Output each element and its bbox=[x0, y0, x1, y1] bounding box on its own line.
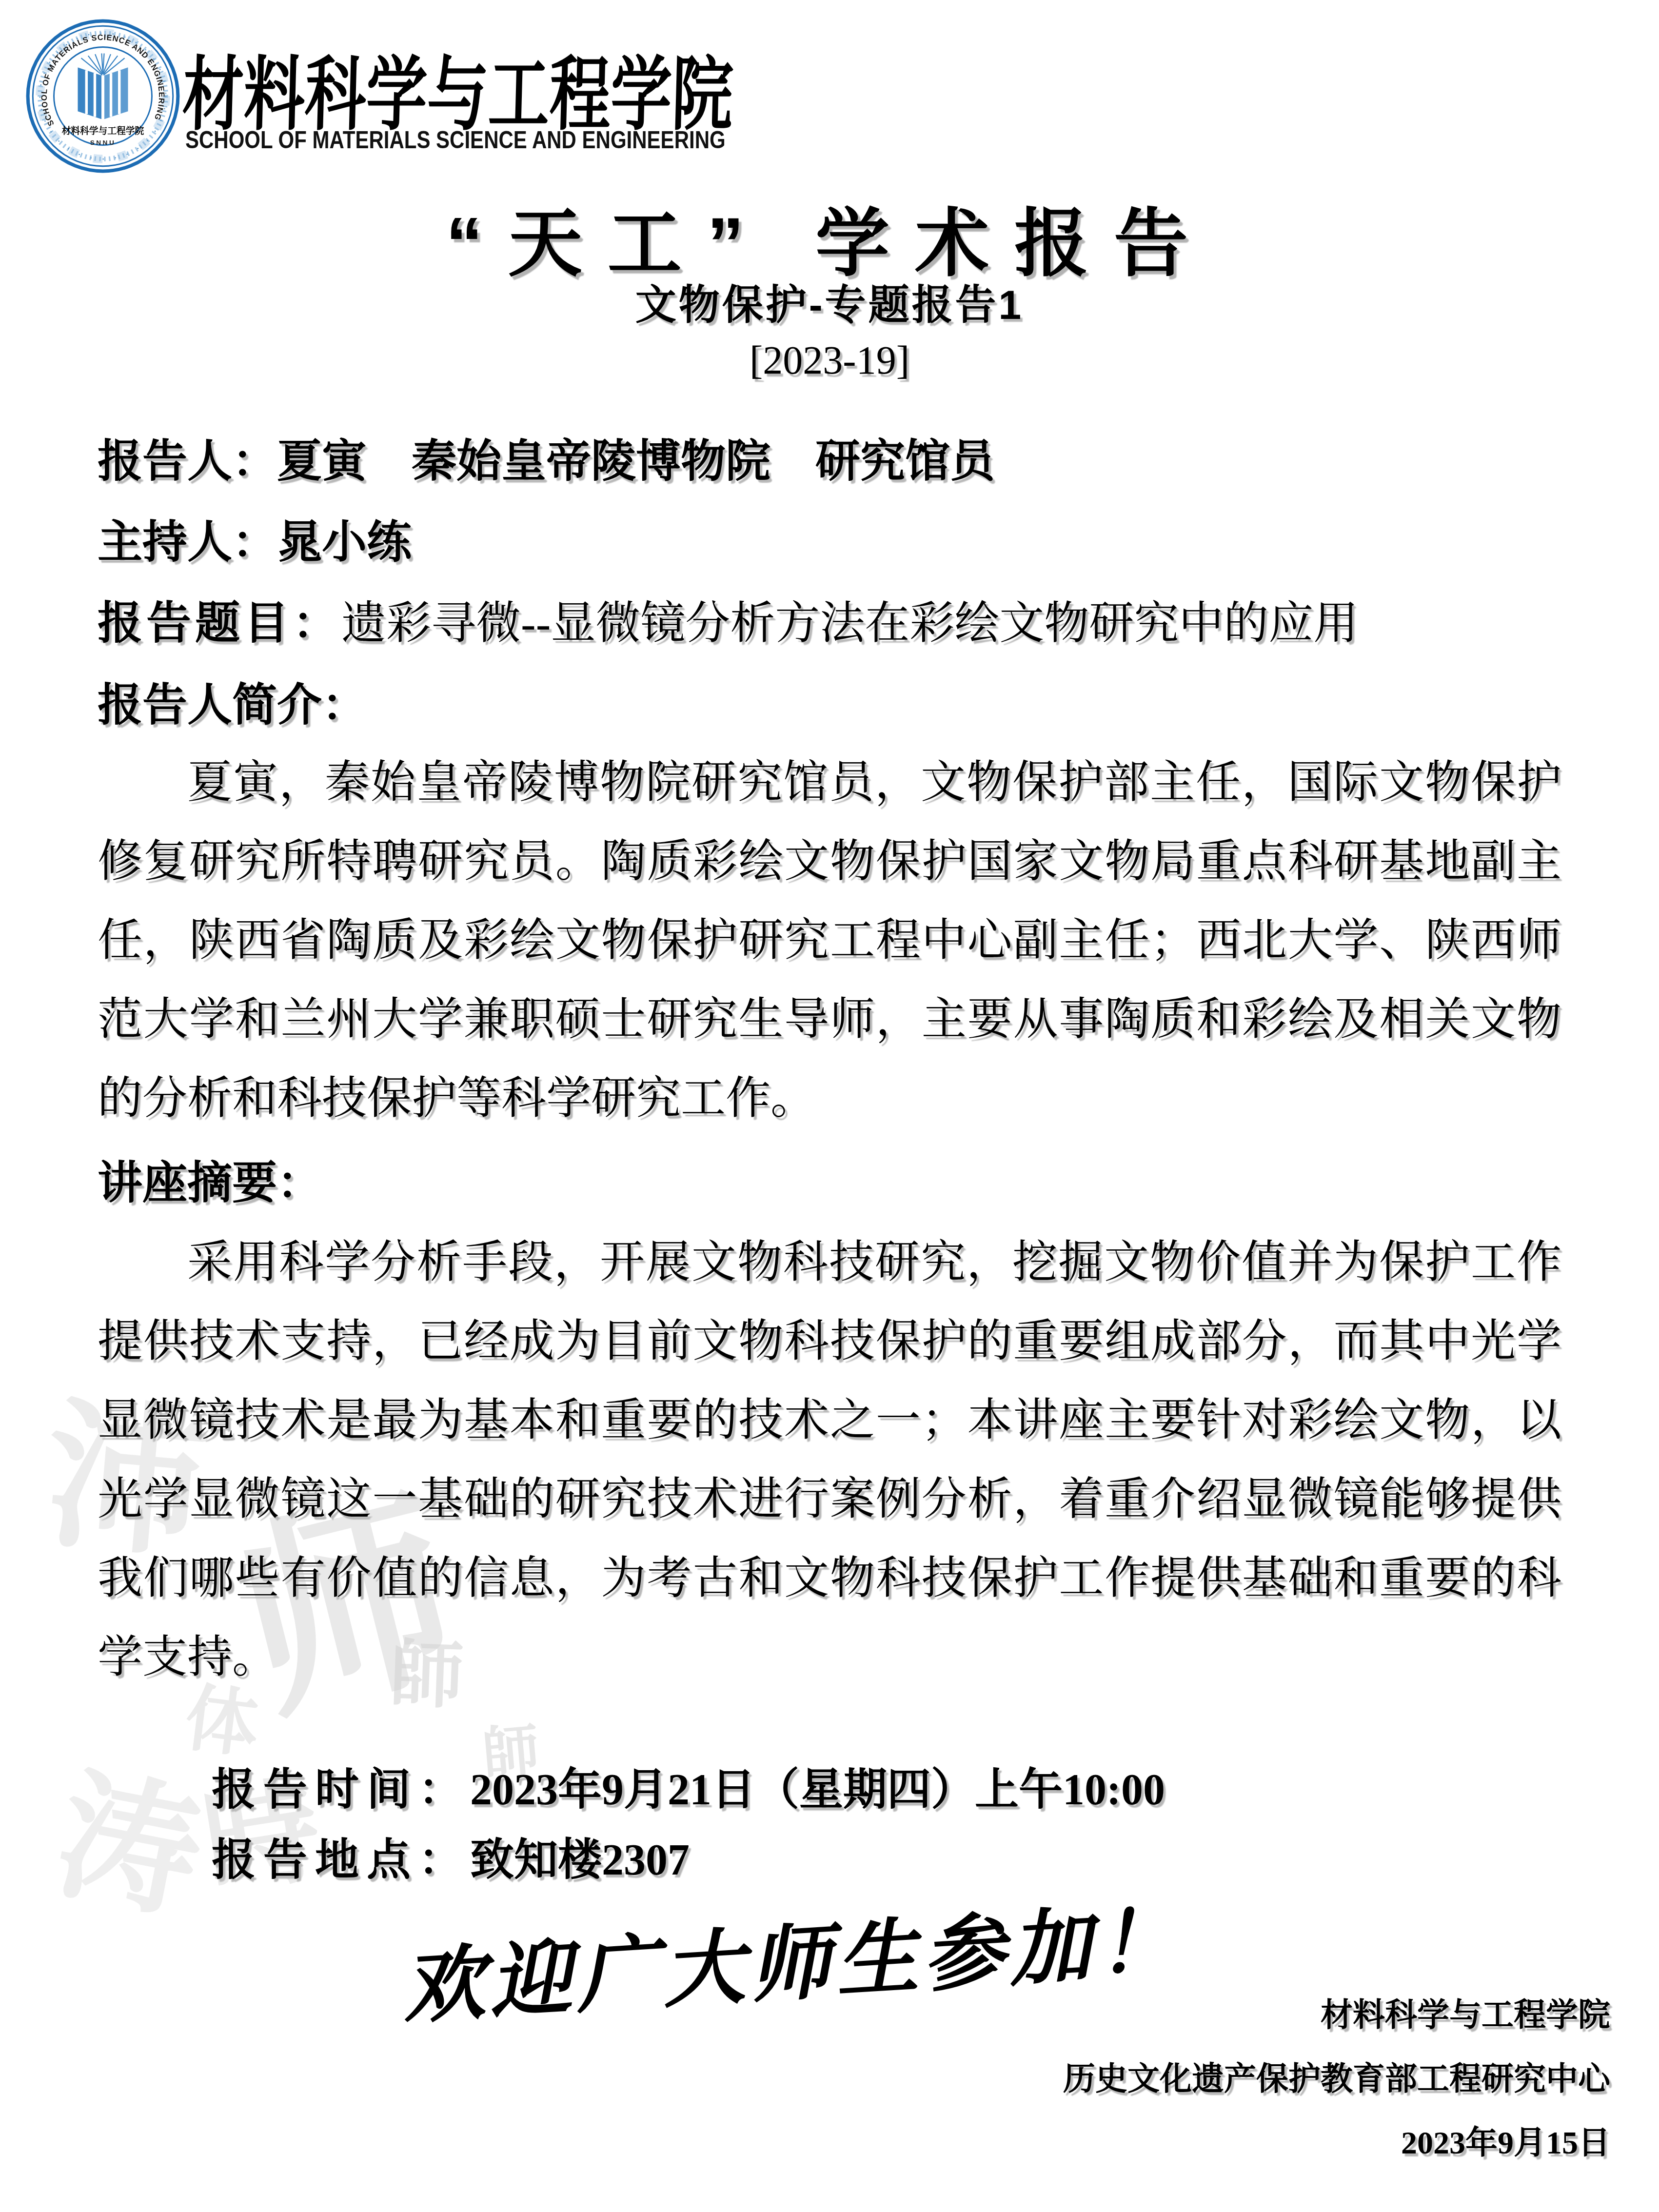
issue-number: [2023-19] bbox=[0, 337, 1659, 383]
venue-value: 致知楼2307 bbox=[470, 1836, 690, 1884]
venue-label: 报告地点： bbox=[212, 1836, 470, 1884]
abstract-line: 学支持。 bbox=[98, 1620, 1561, 1699]
seal-cn-name: 材料科学与工程学院 bbox=[62, 125, 144, 137]
abstract-line: 光学显微镜这一基础的研究技术进行案例分析，着重介绍显微镜能够提供 bbox=[98, 1462, 1561, 1541]
bio-heading: 报告人简介： bbox=[98, 669, 367, 733]
abstract-line: 采用科学分析手段，开展文物科技研究，挖掘文物价值并为保护工作 bbox=[98, 1225, 1561, 1304]
venue-line: 报告地点：致知楼2307 bbox=[212, 1824, 690, 1887]
abstract-line: 我们哪些有价值的信息，为考古和文物科技保护工作提供基础和重要的科 bbox=[98, 1541, 1561, 1620]
abstract-heading: 讲座摘要： bbox=[98, 1147, 322, 1211]
host-value: 晁小练 bbox=[277, 517, 412, 567]
abstract-line: 显微镜技术是最为基本和重要的技术之一；本讲座主要针对彩绘文物，以 bbox=[98, 1383, 1561, 1462]
speaker-label: 报告人： bbox=[98, 436, 277, 486]
school-seal-icon: SCHOOL OF MATERIALS SCIENCE AND ENGINEER… bbox=[25, 19, 180, 174]
speaker-line: 报告人：夏寅 秦始皇帝陵博物院 研究馆员 bbox=[98, 425, 995, 490]
topic-value: 遗彩寻微--显微镜分析方法在彩绘文物研究中的应用 bbox=[341, 598, 1358, 648]
abstract-line: 提供技术支持，已经成为目前文物科技保护的重要组成部分，而其中光学 bbox=[98, 1304, 1561, 1383]
bio-line: 夏寅，秦始皇帝陵博物院研究馆员，文物保护部主任，国际文物保护 bbox=[98, 745, 1561, 824]
time-label: 报告时间： bbox=[212, 1766, 470, 1814]
school-name-en: SCHOOL OF MATERIALS SCIENCE AND ENGINEER… bbox=[185, 126, 726, 154]
footer-block: 材料科学与工程学院 历史文化遗产保护教育部工程研究中心 2023年9月15日 bbox=[1063, 1994, 1610, 2185]
host-line: 主持人：晁小练 bbox=[98, 506, 412, 571]
bio-line: 的分析和科技保护等科学研究工作。 bbox=[98, 1061, 1561, 1140]
bio-line: 修复研究所特聘研究员。陶质彩绘文物保护国家文物局重点科研基地副主 bbox=[98, 824, 1561, 903]
footer-center: 历史文化遗产保护教育部工程研究中心 bbox=[1063, 2057, 1610, 2121]
bio-line: 任，陕西省陶质及彩绘文物保护研究工程中心副主任；西北大学、陕西师 bbox=[98, 903, 1561, 982]
topic-line: 报告题目：遗彩寻微--显微镜分析方法在彩绘文物研究中的应用 bbox=[98, 587, 1358, 652]
lecture-announcement-page: 沛 师 師 体 師 時 涛 SCHOOL OF MATERIALS SCIENC… bbox=[0, 0, 1659, 2212]
footer-org: 材料科学与工程学院 bbox=[1063, 1994, 1610, 2057]
seal-abbr: SNNU bbox=[90, 139, 116, 146]
bio-line: 范大学和兰州大学兼职硕士研究生导师，主要从事陶质和彩绘及相关文物 bbox=[98, 982, 1561, 1061]
host-label: 主持人： bbox=[98, 517, 277, 567]
bio-paragraph: 夏寅，秦始皇帝陵博物院研究馆员，文物保护部主任，国际文物保护 修复研究所特聘研究… bbox=[98, 745, 1561, 1140]
abstract-paragraph: 采用科学分析手段，开展文物科技研究，挖掘文物价值并为保护工作 提供技术支持，已经… bbox=[98, 1225, 1561, 1699]
topic-label: 报告题目： bbox=[98, 598, 341, 648]
time-value: 2023年9月21日（星期四）上午10:00 bbox=[470, 1766, 1165, 1814]
time-line: 报告时间：2023年9月21日（星期四）上午10:00 bbox=[212, 1754, 1165, 1817]
speaker-value: 夏寅 秦始皇帝陵博物院 研究馆员 bbox=[277, 436, 995, 486]
school-seal-logo: SCHOOL OF MATERIALS SCIENCE AND ENGINEER… bbox=[25, 19, 180, 174]
footer-date: 2023年9月15日 bbox=[1063, 2121, 1610, 2185]
series-subtitle: 文物保护-专题报告1 bbox=[0, 272, 1659, 331]
